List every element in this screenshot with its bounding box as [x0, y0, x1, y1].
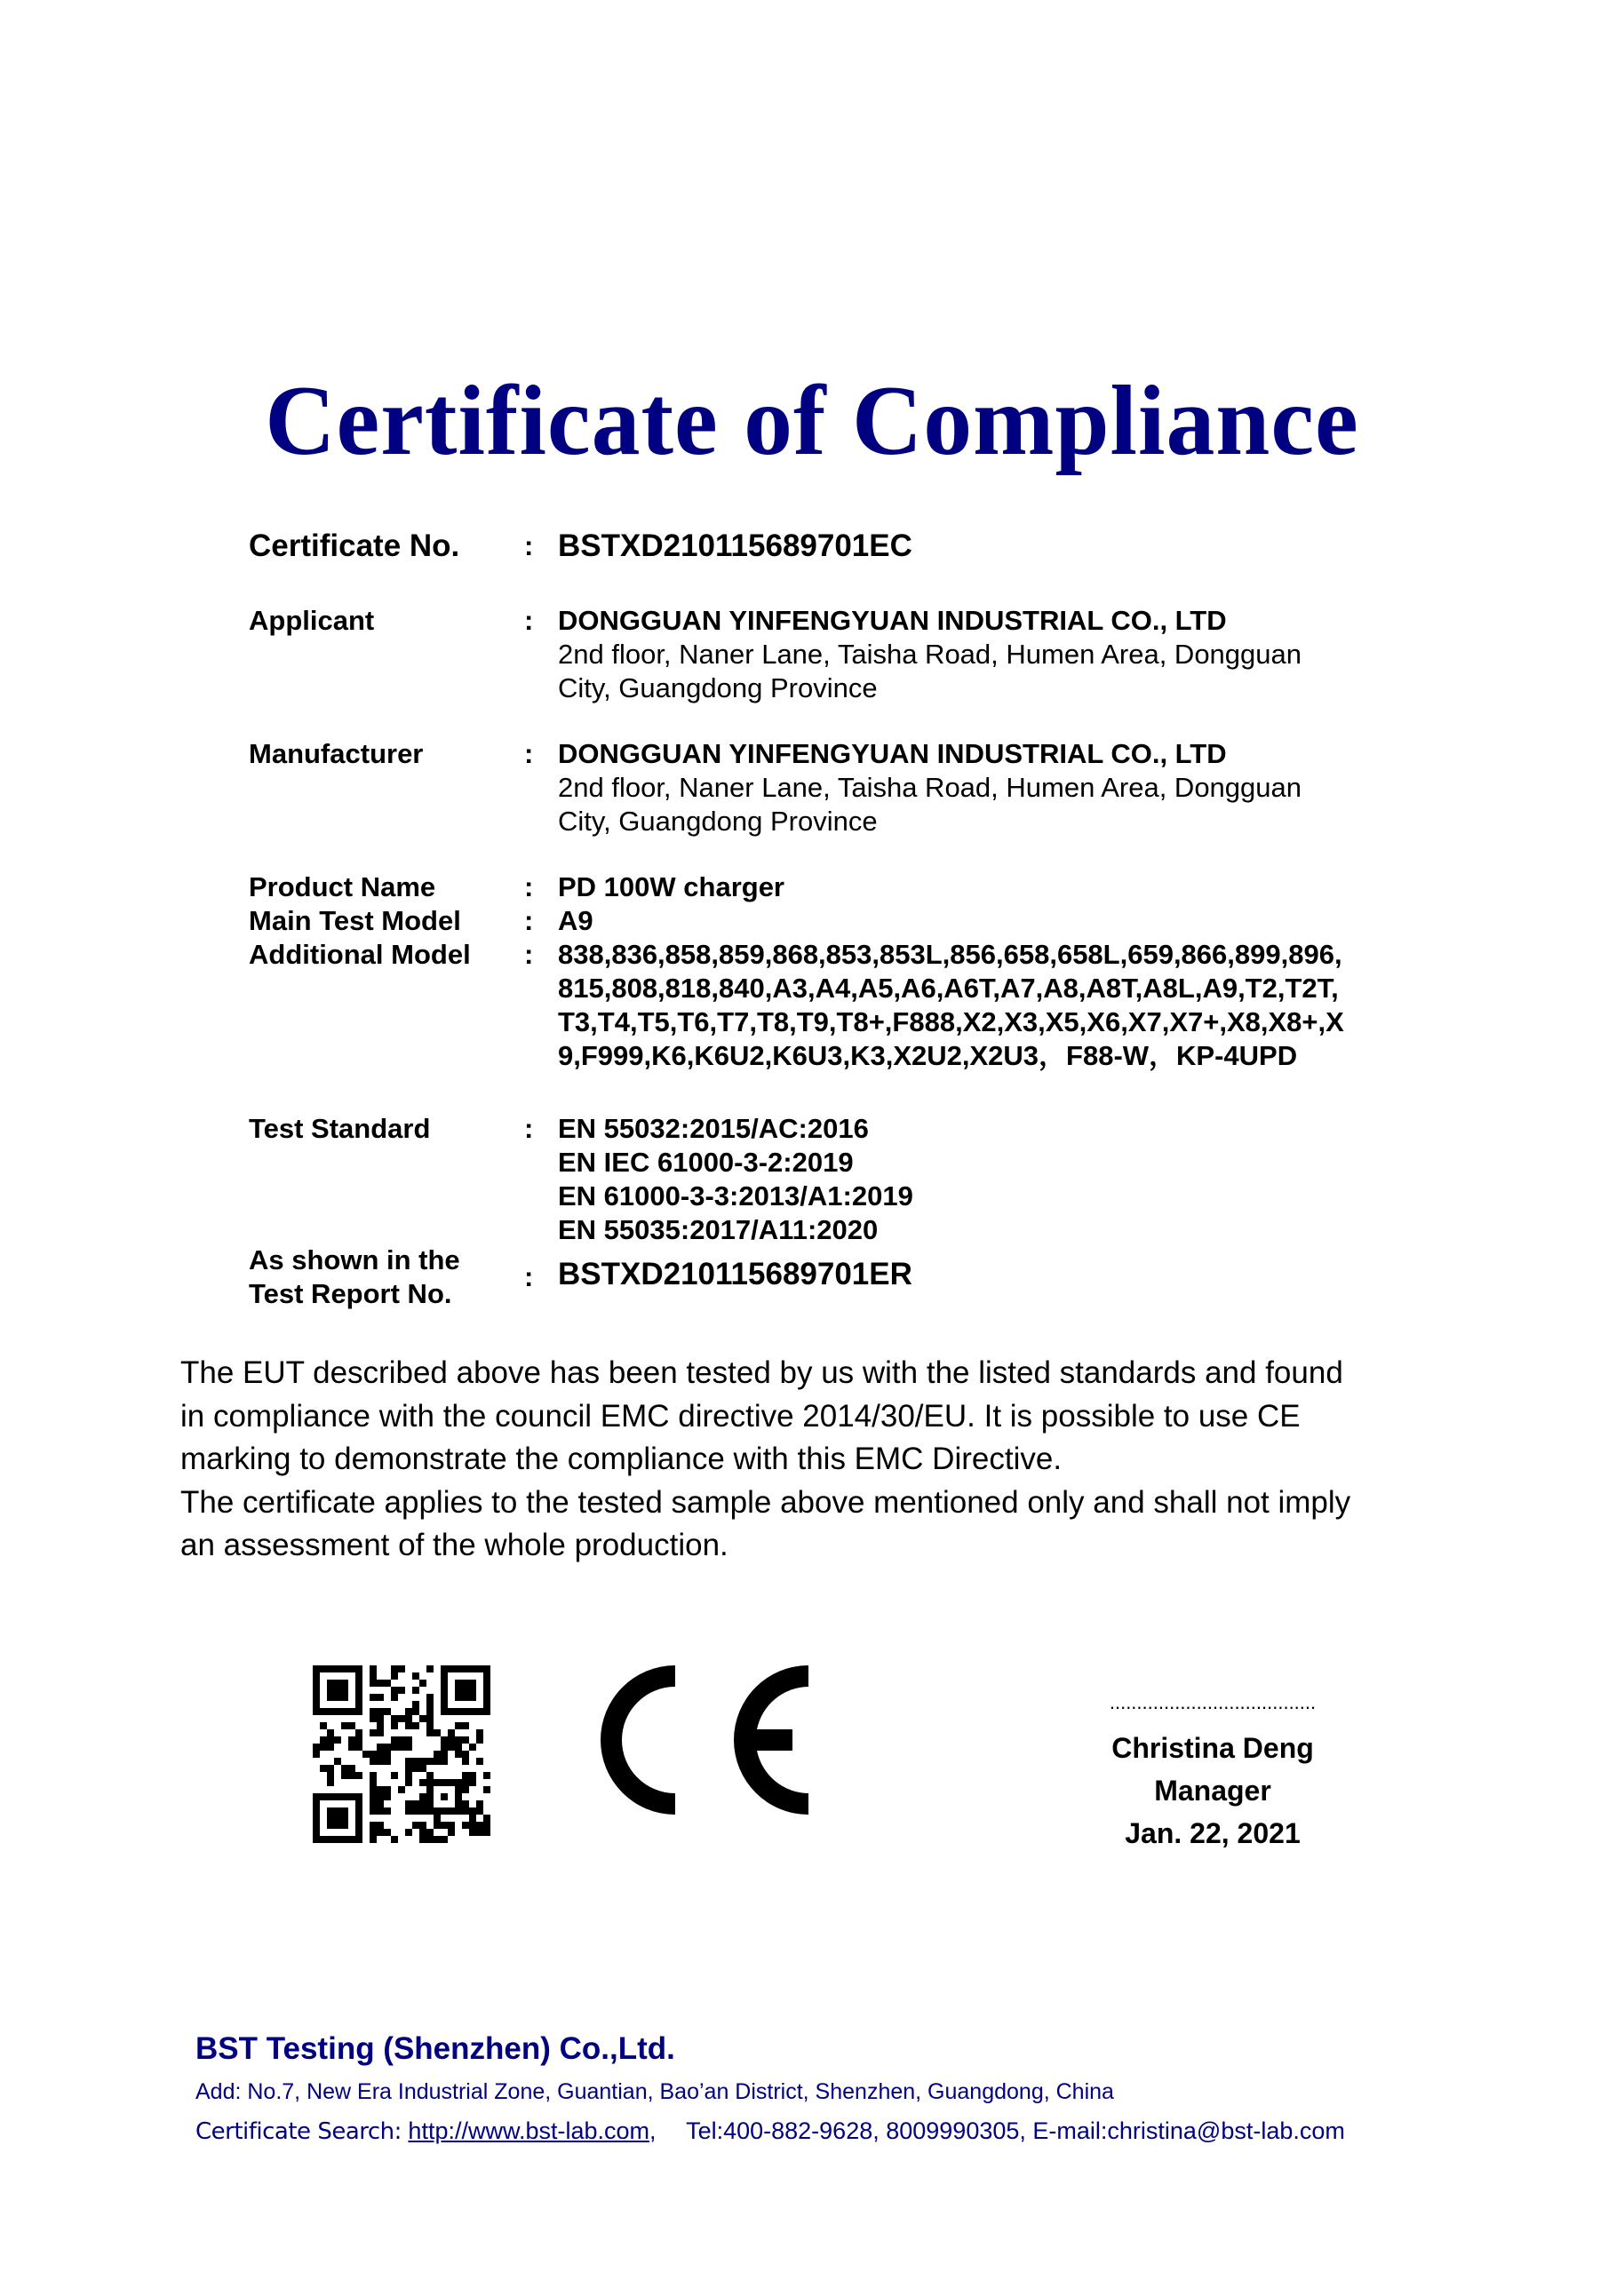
manufacturer-address-line2: City, Guangdong Province [558, 805, 1411, 838]
test-report-value: BSTXD210115689701ER [558, 1258, 1411, 1291]
footer-address: Add: No.7, New Era Industrial Zone, Guan… [195, 2076, 1345, 2108]
signer-position: Manager [1062, 1769, 1364, 1812]
colon: : [524, 938, 533, 972]
test-report-label-line1: As shown in the [249, 1243, 460, 1277]
certificate-search-link[interactable]: http://www.bst-lab.com [408, 2117, 649, 2144]
main-test-model-value: A9 [558, 904, 1411, 938]
colon: : [524, 1112, 533, 1146]
test-standard-line: EN 61000-3-3:2013/A1:2019 [558, 1180, 1411, 1213]
colon: : [524, 1260, 533, 1294]
test-standard-value: EN 55032:2015/AC:2016 EN IEC 61000-3-2:2… [558, 1112, 1411, 1247]
applicant-value: DONGGUAN YINFENGYUAN INDUSTRIAL CO., LTD… [558, 604, 1411, 705]
product-name-value: PD 100W charger [558, 870, 1411, 904]
manufacturer-label: Manufacturer [249, 737, 423, 771]
certificate-no-label: Certificate No. [249, 529, 459, 563]
test-standard-line: EN IEC 61000-3-2:2019 [558, 1146, 1411, 1180]
colon: : [524, 870, 533, 904]
colon: : [524, 737, 533, 771]
compliance-statement: The EUT described above has been tested … [180, 1352, 1469, 1568]
additional-model-value: 838,836,858,859,868,853,853L,856,658,658… [558, 938, 1411, 1073]
test-report-label-line2: Test Report No. [249, 1277, 460, 1311]
colon: : [524, 904, 533, 938]
test-standard-label: Test Standard [249, 1112, 430, 1146]
test-standard-line: EN 55035:2017/A11:2020 [558, 1213, 1411, 1247]
test-report-label: As shown in the Test Report No. [249, 1243, 460, 1311]
footer-search: Certificate Search: http://www.bst-lab.c… [195, 2115, 1345, 2148]
applicant-address-line1: 2nd floor, Naner Lane, Taisha Road, Hume… [558, 638, 1411, 671]
colon: : [524, 604, 533, 638]
applicant-name: DONGGUAN YINFENGYUAN INDUSTRIAL CO., LTD [558, 604, 1411, 638]
signature-date: Jan. 22, 2021 [1062, 1812, 1364, 1855]
additional-model-line: 9,F999,K6,K6U2,K6U3,K3,X2U2,X2U3，F88-W，K… [558, 1039, 1411, 1073]
applicant-address-line2: City, Guangdong Province [558, 671, 1411, 705]
product-name-label: Product Name [249, 870, 435, 904]
footer-contact: Tel:400-882-9628, 8009990305, E-mail:chr… [686, 2117, 1345, 2144]
statement-line: The certificate applies to the tested sa… [180, 1482, 1469, 1525]
additional-model-label: Additional Model [249, 938, 471, 972]
qr-code-icon [313, 1665, 490, 1843]
additional-model-line: T3,T4,T5,T6,T7,T8,T9,T8+,F888,X2,X3,X5,X… [558, 1005, 1411, 1039]
statement-line: marking to demonstrate the compliance wi… [180, 1438, 1469, 1482]
applicant-label: Applicant [249, 604, 374, 638]
certificate-search-label: Certificate Search: [195, 2118, 402, 2145]
url-suffix: , [649, 2117, 657, 2144]
signature-line: ...................................... [1062, 1695, 1364, 1711]
certificate-no-value: BSTXD210115689701EC [558, 529, 1411, 563]
manufacturer-address-line1: 2nd floor, Naner Lane, Taisha Road, Hume… [558, 771, 1411, 805]
signer-name: Christina Deng [1062, 1727, 1364, 1769]
page-title: Certificate of Compliance [16, 364, 1607, 479]
additional-model-line: 838,836,858,859,868,853,853L,856,658,658… [558, 938, 1411, 972]
colon: : [524, 529, 533, 563]
signature-block: ...................................... C… [1062, 1695, 1364, 1855]
statement-line: an assessment of the whole production. [180, 1524, 1469, 1568]
main-test-model-label: Main Test Model [249, 904, 461, 938]
statement-line: The EUT described above has been tested … [180, 1352, 1469, 1395]
footer: BST Testing (Shenzhen) Co.,Ltd. Add: No.… [195, 2030, 1345, 2148]
additional-model-line: 815,808,818,840,A3,A4,A5,A6,A6T,A7,A8,A8… [558, 972, 1411, 1005]
footer-company: BST Testing (Shenzhen) Co.,Ltd. [195, 2030, 1345, 2069]
test-standard-line: EN 55032:2015/AC:2016 [558, 1112, 1411, 1146]
statement-line: in compliance with the council EMC direc… [180, 1395, 1469, 1439]
ce-mark-icon [597, 1664, 810, 1816]
manufacturer-value: DONGGUAN YINFENGYUAN INDUSTRIAL CO., LTD… [558, 737, 1411, 838]
manufacturer-name: DONGGUAN YINFENGYUAN INDUSTRIAL CO., LTD [558, 737, 1411, 771]
